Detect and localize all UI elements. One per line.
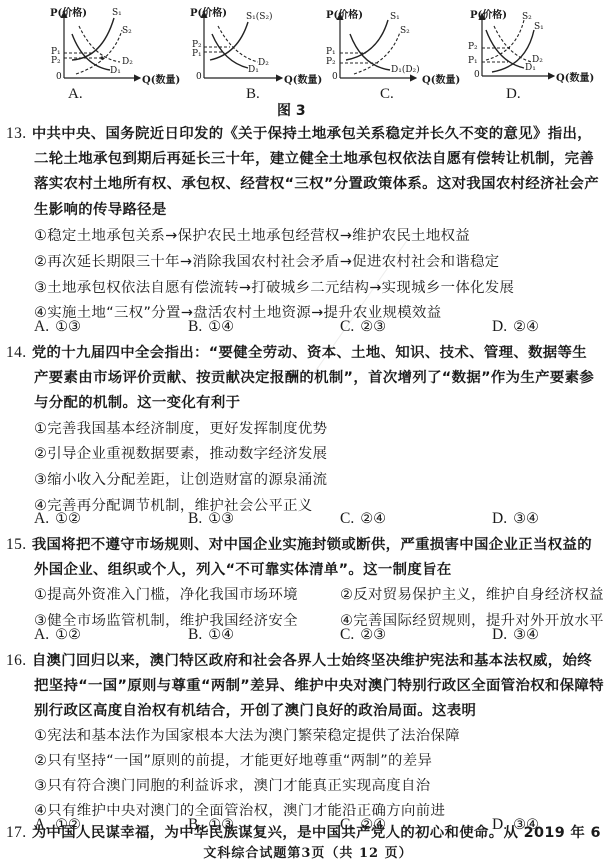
- question-stem-line: 14. 党的十九届四中全会指出：“要健全劳动、资本、土地、知识、技术、管理、数据…: [6, 340, 587, 367]
- choice-value: ①④: [208, 627, 234, 643]
- choice-b[interactable]: B.①④: [188, 314, 234, 341]
- page-footer: 文科综合试题第3页（共 12 页）: [0, 842, 616, 861]
- curve-label-d1: D₁: [110, 66, 121, 76]
- choice-b[interactable]: B.①③: [188, 506, 234, 533]
- choice-value: ①③: [208, 511, 234, 527]
- question-stem-line: 生影响的传导路径是: [34, 198, 167, 224]
- choice-letter: D.: [492, 318, 507, 335]
- price-label-bottom: P₂: [326, 57, 336, 67]
- statement-item: ②再次延长期限三十年→消除我国农村社会矛盾→促进农村社会和谐稳定: [34, 250, 500, 276]
- curve-label-s1: S₁: [390, 12, 400, 22]
- panel-label: D.: [506, 86, 521, 103]
- question-number: 13.: [6, 125, 26, 142]
- graph-panel-d: P(价格) Q(数量) 0 S₁ S₂ D₁ D₂ P₂ P₁ D.: [470, 0, 616, 110]
- choice-b[interactable]: B.①④: [188, 622, 234, 649]
- choice-value: ②④: [513, 319, 539, 335]
- choice-a[interactable]: A.①②: [34, 506, 81, 533]
- exam-page: P(价格) Q(数量) 0 S₁ S₂ D₁ D₂ P₁ P₂ A. P(价: [0, 0, 616, 868]
- choice-d[interactable]: D.③④: [492, 506, 539, 533]
- curve-label-d2: D₂: [532, 55, 543, 65]
- question-stem-line: 外国企业、组织或个人，列入“不可靠实体清单”。这一制度旨在: [34, 558, 452, 584]
- choice-value: ③④: [513, 627, 539, 643]
- curve-label-s2: S₂: [400, 26, 410, 36]
- choice-letter: B.: [188, 510, 202, 527]
- choice-letter: C.: [340, 318, 354, 335]
- choice-a[interactable]: A.①③: [34, 314, 81, 341]
- x-axis-label: Q(数量): [556, 69, 594, 84]
- statement-item: ③缩小收入分配差距，让创造财富的源泉涌流: [34, 468, 327, 494]
- statement-item: ①稳定土地承包关系→保护农民土地承包经营权→维护农民土地权益: [34, 224, 470, 250]
- figure-3: P(价格) Q(数量) 0 S₁ S₂ D₁ D₂ P₁ P₂ A. P(价: [0, 0, 616, 120]
- curve-label-s2: S₂: [122, 26, 132, 36]
- price-label-bottom: P₂: [51, 56, 61, 66]
- statement-item: ②只有坚持“一国”原则的前提，才能更好地尊重“两制”的差异: [34, 749, 432, 775]
- curve-label-s2: S₂: [522, 12, 532, 22]
- price-label-top: P₁: [326, 47, 336, 57]
- choice-a[interactable]: A.①②: [34, 622, 81, 649]
- statement-item: ①提高外资准入门槛，净化我国市场环境: [34, 583, 298, 609]
- question-stem-line: 二轮土地承包到期后再延长三十年，建立健全土地承包权依法自愿有偿转让机制，完善: [34, 147, 594, 173]
- stem-text: 自澳门回归以来，澳门特区政府和社会各界人士始终坚决维护宪法和基本法权威，始终: [32, 653, 592, 669]
- statement-item: ③土地承包权依法自愿有偿流转→打破城乡二元结构→实现城乡一体化发展: [34, 276, 514, 302]
- question-number: 15.: [6, 536, 26, 553]
- price-label-bottom: P₁: [468, 56, 478, 66]
- choice-d[interactable]: D.③④: [492, 622, 539, 649]
- choice-letter: A.: [34, 318, 49, 335]
- choice-c[interactable]: C.②③: [340, 622, 386, 649]
- x-axis-label: Q(数量): [142, 71, 180, 86]
- statement-item: ①宪法和基本法作为国家根本大法为澳门繁荣稳定提供了法治保障: [34, 724, 460, 750]
- curve-label-d2: D₂: [122, 57, 133, 67]
- choice-letter: B.: [188, 318, 202, 335]
- statement-item: ③只有符合澳门同胞的利益诉求，澳门才能真正实现高度自治: [34, 774, 431, 800]
- choice-value: ②④: [360, 511, 386, 527]
- panel-label: B.: [246, 86, 260, 103]
- choice-value: ②③: [360, 627, 386, 643]
- question-stem-line: 13. 中共中央、国务院近日印发的《关于保持土地承包关系稳定并长久不变的意见》指…: [6, 121, 592, 148]
- curve-label-s1-s2: S₁(S₂): [246, 12, 273, 22]
- choice-value: ①③: [55, 319, 81, 335]
- origin-label: 0: [196, 72, 202, 82]
- choice-value: ③④: [513, 511, 539, 527]
- choice-letter: D.: [492, 510, 507, 527]
- choice-letter: C.: [340, 626, 354, 643]
- question-stem-line: 与分配的机制。这一变化有利于: [34, 391, 240, 417]
- question-stem-line: 落实农村土地所有权、承包权、经营权“三权”分置政策体系。这对我国农村经济社会产: [34, 172, 599, 198]
- stem-text: 我国将把不遵守市场规则、对中国企业实施封锁或断供，严重损害中国企业正当权益的: [32, 537, 592, 553]
- statement-item: ②引导企业重视数据要素，推动数字经济发展: [34, 442, 327, 468]
- choice-letter: A.: [34, 510, 49, 527]
- price-label-bottom: P₁: [192, 49, 202, 59]
- question-number: 16.: [6, 652, 26, 669]
- x-axis-label: Q(数量): [284, 71, 322, 86]
- choice-c[interactable]: C.②③: [340, 314, 386, 341]
- choice-value: ②③: [360, 319, 386, 335]
- question-stem-line: 16. 自澳门回归以来，澳门特区政府和社会各界人士始终坚决维护宪法和基本法权威，…: [6, 648, 592, 675]
- curve-label-d1-d2: D₁(D₂): [391, 65, 420, 75]
- statement-item: ②反对贸易保护主义，维护自身经济权益: [340, 583, 604, 609]
- y-axis-label: P(价格): [50, 4, 87, 19]
- choice-d[interactable]: D.②④: [492, 314, 539, 341]
- y-axis-label: P(价格): [190, 4, 227, 19]
- y-axis-label: P(价格): [470, 6, 507, 21]
- choice-c[interactable]: C.②④: [340, 506, 386, 533]
- question-stem-line: 产要素由市场评价贡献、按贡献决定报酬的机制”，首次增列了“数据”作为生产要素参: [34, 366, 594, 392]
- stem-text: 党的十九届四中全会指出：“要健全劳动、资本、土地、知识、技术、管理、数据等生: [32, 345, 587, 361]
- stem-text: 为中国人民谋幸福，为中华民族谋复兴，是中国共产党人的初心和使命。从 2019 年…: [32, 825, 601, 841]
- choice-letter: A.: [34, 626, 49, 643]
- y-axis-label: P(价格): [326, 6, 363, 21]
- figure-caption: 图 3: [277, 100, 306, 120]
- curve-label-d2: D₂: [258, 58, 269, 68]
- curve-label-s1: S₁: [534, 22, 544, 32]
- choice-value: ①②: [55, 627, 81, 643]
- curve-label-s1: S₁: [112, 8, 122, 18]
- panel-label: A.: [68, 86, 83, 103]
- graph-panel-a: P(价格) Q(数量) 0 S₁ S₂ D₁ D₂ P₁ P₂ A.: [42, 0, 192, 110]
- origin-label: 0: [474, 70, 480, 80]
- question-stem-line: 15. 我国将把不遵守市场规则、对中国企业实施封锁或断供，严重损害中国企业正当权…: [6, 532, 592, 559]
- origin-label: 0: [332, 72, 338, 82]
- question-number: 17.: [6, 824, 26, 841]
- choice-letter: B.: [188, 626, 202, 643]
- statement-item: ①完善我国基本经济制度，更好发挥制度优势: [34, 417, 327, 443]
- choice-letter: C.: [340, 510, 354, 527]
- origin-label: 0: [56, 72, 62, 82]
- question-stem-line: 别行政区高度自治权有机结合，开创了澳门良好的政治局面。这表明: [34, 699, 476, 725]
- choice-letter: D.: [492, 626, 507, 643]
- price-label-top: P₂: [468, 42, 478, 52]
- question-number: 14.: [6, 344, 26, 361]
- question-stem-line: 把坚持“一国”原则与尊重“两制”差异、维护中央对澳门特别行政区全面管治权和保障特: [34, 674, 604, 700]
- stem-text: 中共中央、国务院近日印发的《关于保持土地承包关系稳定并长久不变的意见》指出，: [32, 126, 592, 142]
- x-axis-label: Q(数量): [422, 71, 460, 86]
- choice-value: ①②: [55, 511, 81, 527]
- choice-value: ①④: [208, 319, 234, 335]
- panel-label: C.: [380, 86, 394, 103]
- graph-panel-c: P(价格) Q(数量) 0 S₁ S₂ D₁(D₂) P₁ P₂ C.: [318, 0, 468, 110]
